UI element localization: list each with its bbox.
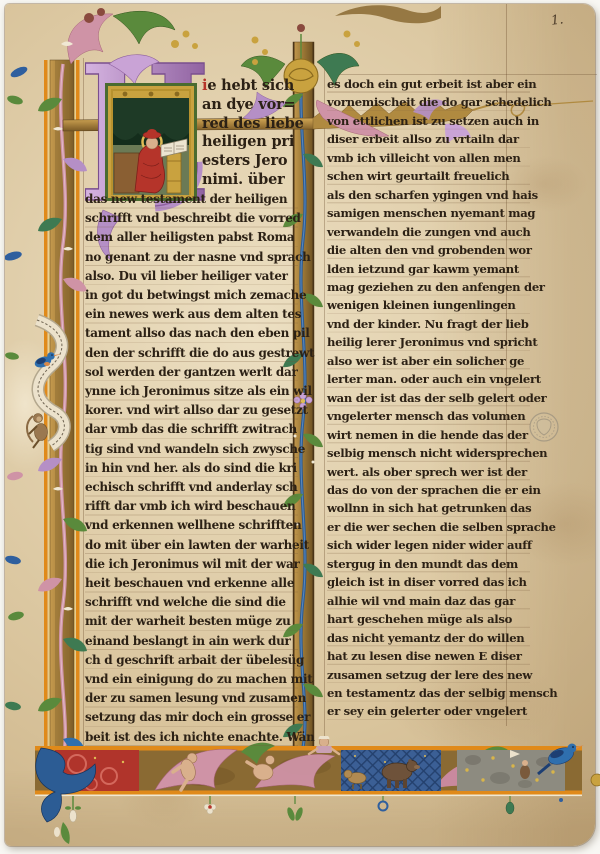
ruling-line xyxy=(83,58,84,752)
text-line: schrifft vnd beschreibt die vorred xyxy=(85,209,298,228)
stamp-shield xyxy=(537,419,551,435)
text-line: lerter man. oder auch ein vngelert xyxy=(327,370,530,388)
text-line: ie hebt sich xyxy=(202,77,298,96)
text-line: ynne ich Jeronimus sitze als ein wil xyxy=(85,382,298,401)
text-line: verwandeln die zungen vnd auch xyxy=(327,223,530,241)
text-line: an dye vor= xyxy=(202,96,298,115)
text-line: er die wer sechen die selben sprache xyxy=(327,518,530,536)
library-stamp xyxy=(527,410,561,444)
text-line: wenigen kleinen iungenlingen xyxy=(327,296,530,314)
blue-diaper-panel xyxy=(341,750,441,791)
curtain-canopy xyxy=(113,91,189,145)
text-line: nimi. über xyxy=(202,171,298,190)
text-line: sol werden der gantzen werlt dar xyxy=(85,363,298,382)
stone-panel xyxy=(457,750,565,791)
text-line: mag geziehen zu den anfengen der xyxy=(327,278,530,296)
text-line: der zu samen lesung vnd zusamen xyxy=(85,689,298,708)
text-line: tament allso das nach den eben pil xyxy=(85,324,298,343)
kingfisher-bird xyxy=(33,352,61,369)
text-line: mit der warheit besten müge zu xyxy=(85,612,298,631)
text-line: wirt nemen in die hende das der xyxy=(327,426,530,444)
text-line: er sey ein gelerter oder vngelert xyxy=(327,702,530,720)
lectern-and-book xyxy=(161,139,187,193)
text-line: wert. als ober sprech wer ist der xyxy=(327,463,530,481)
text-line: tig sind vnd wandeln sich zwysche xyxy=(85,440,298,459)
text-line: heit beschauen vnd erkenne alle xyxy=(85,574,298,593)
text-line: en testamentz das der selbig mensch xyxy=(327,684,530,702)
text-line: vnd der kinder. Nu fragt der lieb xyxy=(327,315,530,333)
text-line: als den scharfen ygingen vnd hais xyxy=(327,186,530,204)
bather-figures xyxy=(173,753,275,790)
text-line: also. Du vil lieber heiliger vater xyxy=(85,267,298,286)
blue-acanthus-corner xyxy=(36,748,96,822)
text-line: red des liebe xyxy=(202,115,298,134)
margin-leaf-sprigs xyxy=(5,65,29,712)
folio-number: 1. xyxy=(550,10,582,29)
floor xyxy=(113,145,189,195)
text-line: no genant zu der nasne vnd sprach xyxy=(85,248,298,267)
text-line: hat zu lesen dise newen E diser xyxy=(327,647,530,665)
text-line: das nicht yemantz der do willen xyxy=(327,629,530,647)
text-line: das do von der sprachen die er ein xyxy=(327,481,530,499)
text-line: das new testament der heiligen xyxy=(85,190,298,209)
text-line: es doch ein gut erbeit ist aber ein xyxy=(327,75,530,93)
parchment-leaf: H xyxy=(5,4,595,846)
text-line: vornemischeit die do gar schedelich xyxy=(327,93,530,111)
text-line: sich wider legen nider wider auff xyxy=(327,536,530,554)
pendant-sprigs xyxy=(65,796,563,822)
text-line: hart geschehen müge als also xyxy=(327,610,530,628)
bear-figure xyxy=(382,759,420,788)
text-line: ein newes werk aus dem alten tes xyxy=(85,305,298,324)
text-line: diser erbeit allso zu vrtailn dar xyxy=(327,130,530,148)
jerome-figure xyxy=(135,129,165,193)
text-line: beit ist des ich nichte enachte. Wän xyxy=(85,728,298,747)
text-line: den der schrifft die do aus gestrewt xyxy=(85,344,298,363)
text-line: in hin vnd her. als do sind die kri xyxy=(85,459,298,478)
text-line: echisch schrifft vnd anderlay sch xyxy=(85,478,298,497)
text-line: dar vmb das die schrifft zwitrach xyxy=(85,420,298,439)
text-line: schrifft vnd welche die sind die xyxy=(85,593,298,612)
text-line: in got du betwingst mich zemache xyxy=(85,286,298,305)
corner-acanthus xyxy=(68,14,113,64)
text-line: dem aller heiligsten pabst Roma xyxy=(85,228,298,247)
text-line: vnd erkennen wellhene schrifften xyxy=(85,516,298,535)
left-border-ornament xyxy=(5,4,90,854)
acanthus-leaves xyxy=(38,98,87,752)
manuscript-page: H xyxy=(0,0,600,854)
ruling-line xyxy=(324,58,325,752)
text-line: setzung das mir doch ein grosse er xyxy=(85,708,298,727)
text-line: wollnn in sich hat getrunken das xyxy=(327,499,530,517)
text-line: vnd ein einigung do zu machen mit xyxy=(85,670,298,689)
monkey-figure xyxy=(27,414,48,449)
lion-figure xyxy=(344,770,366,789)
opening-lines: ie hebt sichan dye vor=red des liebeheil… xyxy=(202,77,298,190)
text-line: vngelerter mensch das volumen xyxy=(327,407,530,425)
text-line: lden ietzund gar kawm yemant xyxy=(327,260,530,278)
left-text-column: das new testament der heiligenschrifft v… xyxy=(85,190,298,747)
kingfisher-bird-right xyxy=(538,744,584,775)
bench xyxy=(114,153,139,193)
text-line: ch d geschrift arbait der übelesüg xyxy=(85,651,298,670)
text-line: die alten den vnd grobenden wor xyxy=(327,241,530,259)
text-line: heiligen pri xyxy=(202,133,298,152)
text-line: rifft dar vmb ich wird beschauen xyxy=(85,497,298,516)
text-line: do mit über ein lawten der warheit xyxy=(85,536,298,555)
text-line: zusamen setzug der lere des new xyxy=(327,666,530,684)
text-line: alhie wil vnd main daz das gar xyxy=(327,592,530,610)
text-line: vmb ich villeicht von allen men xyxy=(327,149,530,167)
text-line: die ich Jeronimus wil mit der war xyxy=(85,555,298,574)
banderole-scroll xyxy=(37,320,64,446)
text-line: korer. vnd wirt allso dar zu gesetzt xyxy=(85,401,298,420)
text-line: einand beslangt in ain werk dur xyxy=(85,632,298,651)
text-line: esters Jero xyxy=(202,152,298,171)
bottom-border-ornament xyxy=(5,736,600,854)
text-line: gleich ist in diser vorred das ich xyxy=(327,573,530,591)
text-line: stergug in den mundt das dem xyxy=(327,555,530,573)
right-text-column: es doch ein gut erbeit ist aber einvorne… xyxy=(327,75,530,721)
text-line: selbig mensch nicht widersprechen xyxy=(327,444,530,462)
text-line: also wer ist aber ein solicher ge xyxy=(327,352,530,370)
text-line: heilig lerer Jeronimus vnd spricht xyxy=(327,333,530,351)
text-line: schen wirt geurtailt freuelich xyxy=(327,167,530,185)
red-brocade-panel xyxy=(55,750,139,791)
white-crescents xyxy=(53,127,73,611)
text-line: von ettlichen ist zu setzen auch in xyxy=(327,112,530,130)
text-line: wan der ist das der selb gelert oder xyxy=(327,389,530,407)
text-line: samigen menschen nyemant mag xyxy=(327,204,530,222)
st-jerome-miniature xyxy=(105,83,197,201)
